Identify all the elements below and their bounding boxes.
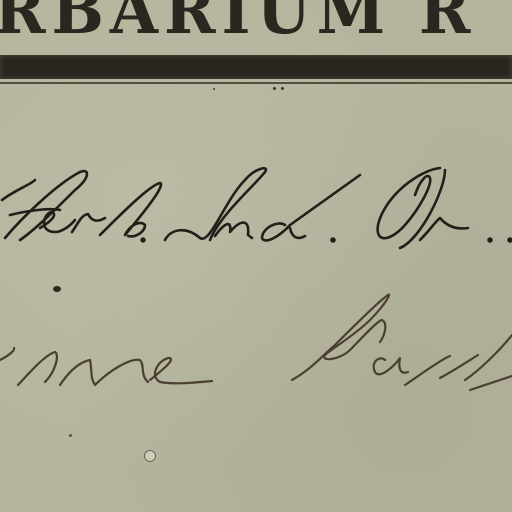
handwritten-script: [0, 295, 512, 390]
speck: [213, 88, 215, 90]
speck: [273, 87, 276, 90]
speck: [281, 87, 284, 90]
paper-hole: [144, 450, 156, 462]
script-writing: [0, 0, 512, 512]
herb-ind-or-script: [2, 168, 512, 248]
ink-speck: [53, 286, 61, 292]
speck: [69, 434, 72, 437]
